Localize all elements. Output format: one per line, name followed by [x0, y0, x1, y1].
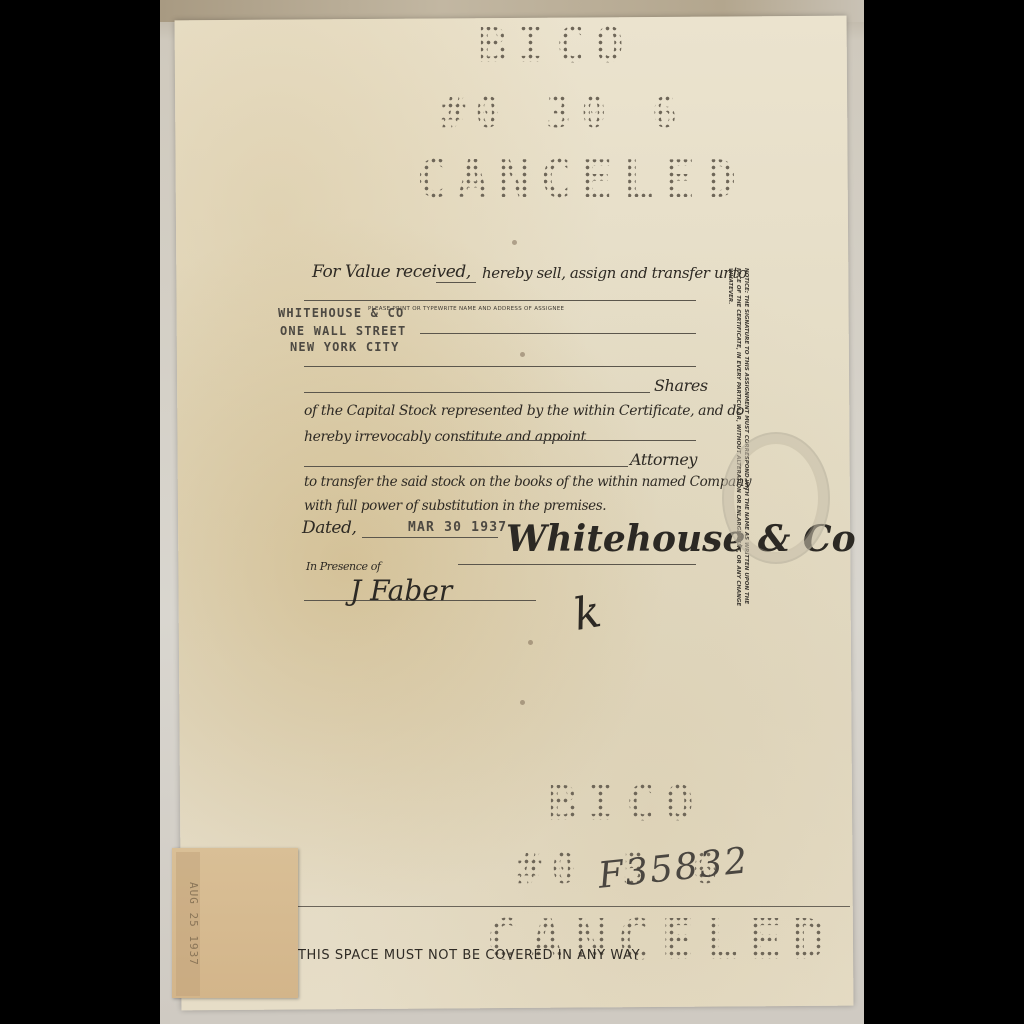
perforation-dot — [520, 700, 525, 705]
attorney-rule — [304, 466, 628, 467]
for-value-received-label: For Value received, — [312, 262, 471, 282]
dated-label: Dated, — [302, 518, 357, 538]
capital-stock-line: of the Capital Stock represented by the … — [304, 403, 744, 419]
perforation-top-cancel: CANCELED — [416, 150, 746, 210]
bottom-notice: THIS SPACE MUST NOT BE COVERED IN ANY WA… — [298, 948, 640, 963]
signature-notice: NOTICE: THE SIGNATURE TO THIS ASSIGNMENT… — [712, 268, 750, 608]
assignee-rule-3 — [304, 366, 696, 367]
attorney-label: Attorney — [630, 450, 697, 469]
perforation-dot — [520, 352, 525, 357]
assignee-stamp-line-3: NEW YORK CITY — [290, 340, 400, 354]
in-presence-of-label: In Presence of — [306, 560, 381, 573]
perforation-dot — [512, 240, 517, 245]
shares-rule — [304, 392, 650, 393]
perforation-top-number: #0 30 6 — [440, 88, 687, 137]
embossed-seal — [722, 432, 830, 564]
sell-assign-transfer-label: hereby sell, assign and transfer unto — [482, 264, 747, 282]
perforation-top-code: BICO — [478, 18, 634, 74]
appoint-line: hereby irrevocably constitute and appoin… — [304, 429, 586, 445]
perforation-dot — [528, 640, 533, 645]
assignor-signature-rule — [458, 564, 696, 565]
substitution-line: with full power of substitution in the p… — [304, 498, 606, 514]
perforation-bottom-cancel: CANCELED — [486, 908, 836, 973]
tab-date-stamp: AUG 25 1937 — [176, 852, 200, 996]
dated-stamp: MAR 30 1937 — [408, 520, 507, 535]
witness-signature: J Faber — [350, 574, 452, 607]
shares-label: Shares — [654, 376, 708, 395]
assignee-rule-1 — [304, 300, 696, 301]
assignee-rule-2 — [420, 333, 696, 334]
bottom-rule — [296, 906, 850, 907]
appoint-rule — [462, 440, 696, 441]
assignee-stamp-line-2: ONE WALL STREET — [280, 324, 406, 338]
dated-rule — [362, 537, 498, 538]
perforation-bottom-code: BICO — [548, 776, 704, 832]
rule — [436, 282, 476, 283]
assignee-stamp-line-1: WHITEHOUSE & CO — [278, 306, 404, 320]
transfer-line: to transfer the said stock on the books … — [304, 474, 751, 490]
